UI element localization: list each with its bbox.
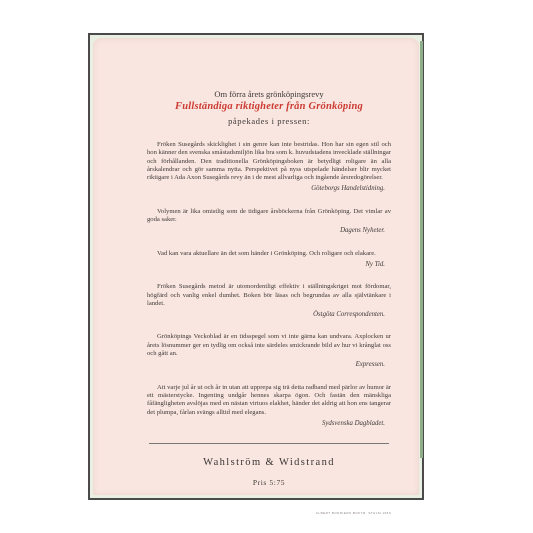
quote-text: Fröken Susegårds skicklighet i sin genre…: [147, 141, 391, 182]
quote-source: Östgöta Correspondenten.: [147, 311, 391, 319]
quote-text: Volymen är lika omistlig som de tidigare…: [147, 208, 391, 225]
book-back-cover: Om förra årets grönköpingsrevy Fullständ…: [88, 33, 424, 500]
press-quote: Fröken Susegårds skicklighet i sin genre…: [147, 141, 391, 194]
quote-source: Dagens Nyheter.: [147, 227, 391, 235]
quote-text: Att varje jul år ut och år in utan att u…: [147, 384, 391, 417]
headline: Fullständiga riktigheter från Grönköping: [147, 100, 391, 113]
intro-line-2: påpekades i pressen:: [147, 115, 391, 127]
quote-text: Grönköpings Veckoblad är en tidsspegel s…: [147, 333, 391, 358]
quote-source: Ny Tid.: [147, 261, 391, 269]
cover-page: Om förra årets grönköpingsrevy Fullständ…: [93, 38, 419, 495]
quote-source: Sydsvenska Dagbladet.: [147, 420, 391, 428]
press-quote: Att varje jul år ut och år in utan att u…: [147, 384, 391, 428]
divider-rule: [149, 443, 389, 444]
quote-text: Fröken Susegårds metod är utomordentligt…: [147, 283, 391, 308]
press-quote: Volymen är lika omistlig som de tidigare…: [147, 208, 391, 236]
press-quote: Vad kan vara aktuellare än det som hände…: [147, 250, 391, 270]
cover-edge: [420, 41, 423, 458]
quote-source: Göteborgs Handelstidning.: [147, 185, 391, 193]
cover-content: Om förra årets grönköpingsrevy Fullständ…: [147, 88, 391, 515]
press-quote: Grönköpings Veckoblad är en tidsspegel s…: [147, 333, 391, 369]
printer-imprint: ALBERT BONNIERS BOKTR. STHLM 1950: [147, 511, 391, 515]
price-label: Pris 5:75: [147, 478, 391, 487]
press-quote: Fröken Susegårds metod är utomordentligt…: [147, 283, 391, 319]
quote-text: Vad kan vara aktuellare än det som hände…: [147, 250, 391, 258]
intro-line: Om förra årets grönköpingsrevy: [147, 88, 391, 100]
publisher-name: Wahlström & Widstrand: [147, 457, 391, 468]
quote-source: Expressen.: [147, 361, 391, 369]
